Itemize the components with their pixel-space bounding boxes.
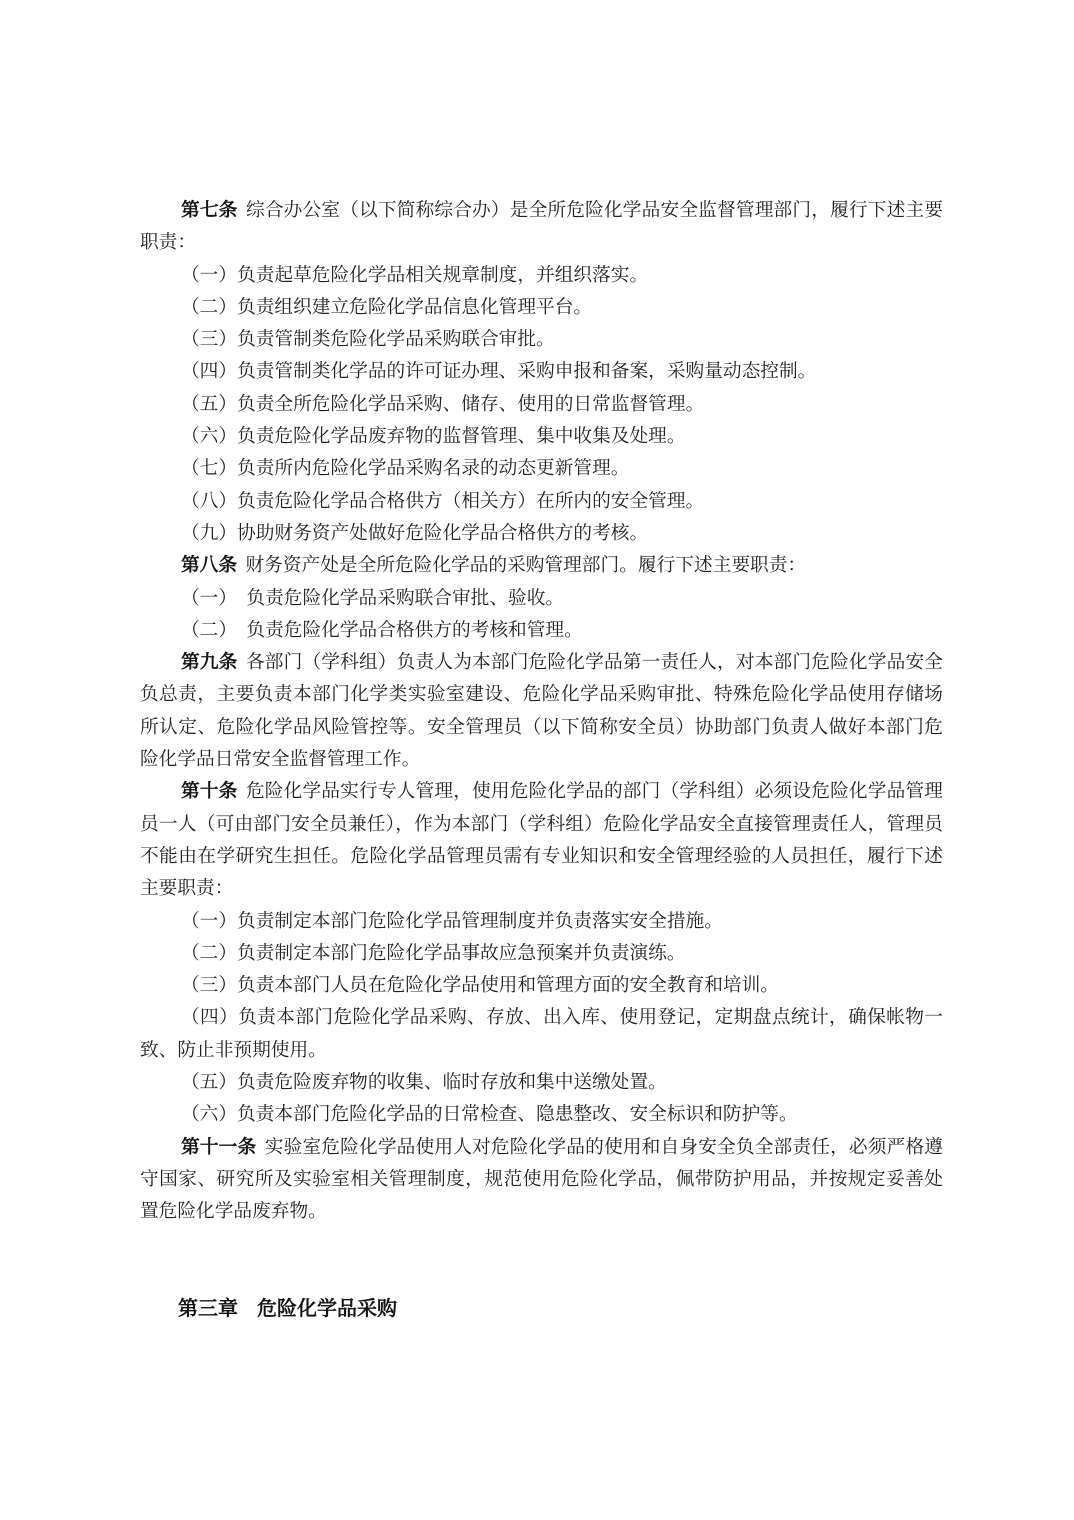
article-number: 第七条 [181, 200, 238, 221]
chapter-title: 危险化学品采购 [257, 1298, 397, 1320]
paragraph-text: 实验室危险化学品使用人对危险化学品的使用和自身安全负全部责任，必须严格遵守国家、… [140, 1137, 943, 1223]
list-item-paragraph: （五）负责全所危险化学品采购、储存、使用的日常监督管理。 [140, 389, 943, 421]
article-paragraph: 第九条各部门（学科组）负责人为本部门危险化学品第一责任人，对本部门危险化学品安全… [140, 647, 943, 776]
paragraph-text: （四）负责管制类化学品的许可证办理、采购申报和备案，采购量动态控制。 [181, 361, 816, 382]
paragraph-text: （五）负责危险废弃物的收集、临时存放和集中送缴处置。 [181, 1072, 667, 1093]
list-item-paragraph: （八）负责危险化学品合格供方（相关方）在所内的安全管理。 [140, 486, 943, 518]
chapter-number: 第三章 [178, 1298, 238, 1320]
paragraph-text: 各部门（学科组）负责人为本部门危险化学品第一责任人，对本部门危险化学品安全负总责… [140, 652, 943, 770]
document-page: 第七条综合办公室（以下简称综合办）是全所危险化学品安全监督管理部门，履行下述主要… [0, 0, 1074, 1520]
list-item-paragraph: （七）负责所内危险化学品采购名录的动态更新管理。 [140, 453, 943, 485]
document-body: 第七条综合办公室（以下简称综合办）是全所危险化学品安全监督管理部门，履行下述主要… [140, 195, 943, 1229]
article-paragraph: 第七条综合办公室（以下简称综合办）是全所危险化学品安全监督管理部门，履行下述主要… [140, 195, 943, 260]
list-item-paragraph: （一） 负责危险化学品采购联合审批、验收。 [140, 583, 943, 615]
list-item-paragraph: （九）协助财务资产处做好危险化学品合格供方的考核。 [140, 518, 943, 550]
paragraph-text: （一）负责制定本部门危险化学品管理制度并负责落实安全措施。 [181, 911, 723, 932]
paragraph-text: 综合办公室（以下简称综合办）是全所危险化学品安全监督管理部门，履行下述主要职责： [140, 200, 943, 253]
article-paragraph: 第十条危险化学品实行专人管理，使用危险化学品的部门（学科组）必须设危险化学品管理… [140, 776, 943, 905]
paragraph-text: （五）负责全所危险化学品采购、储存、使用的日常监督管理。 [181, 394, 704, 415]
article-number: 第八条 [181, 555, 237, 576]
chapter-heading: 第三章危险化学品采购 [140, 1293, 943, 1325]
article-paragraph: 第八条财务资产处是全所危险化学品的采购管理部门。履行下述主要职责： [140, 550, 943, 582]
paragraph-text: （三）负责管制类危险化学品采购联合审批。 [181, 329, 555, 350]
list-item-paragraph: （五）负责危险废弃物的收集、临时存放和集中送缴处置。 [140, 1067, 943, 1099]
list-item-paragraph: （三）负责本部门人员在危险化学品使用和管理方面的安全教育和培训。 [140, 970, 943, 1002]
paragraph-text: （一） 负责危险化学品采购联合审批、验收。 [181, 588, 564, 609]
paragraph-text: （二）负责组织建立危险化学品信息化管理平台。 [181, 297, 592, 318]
paragraph-text: （八）负责危险化学品合格供方（相关方）在所内的安全管理。 [181, 491, 704, 512]
list-item-paragraph: （四）负责管制类化学品的许可证办理、采购申报和备案，采购量动态控制。 [140, 356, 943, 388]
article-number: 第十条 [181, 781, 238, 802]
paragraph-text: （六）负责危险化学品废弃物的监督管理、集中收集及处理。 [181, 426, 686, 447]
paragraph-text: 危险化学品实行专人管理，使用危险化学品的部门（学科组）必须设危险化学品管理员一人… [140, 781, 943, 899]
list-item-paragraph: （一）负责制定本部门危险化学品管理制度并负责落实安全措施。 [140, 906, 943, 938]
article-number: 第九条 [181, 652, 238, 673]
list-item-paragraph: （一）负责起草危险化学品相关规章制度，并组织落实。 [140, 260, 943, 292]
list-item-paragraph: （二）负责制定本部门危险化学品事故应急预案并负责演练。 [140, 938, 943, 970]
paragraph-text: （六）负责本部门危险化学品的日常检查、隐患整改、安全标识和防护等。 [181, 1104, 798, 1125]
paragraph-text: （二） 负责危险化学品合格供方的考核和管理。 [181, 620, 583, 641]
article-number: 第十一条 [181, 1137, 256, 1158]
paragraph-text: （四）负责本部门危险化学品采购、存放、出入库、使用登记，定期盘点统计，确保帐物一… [140, 1007, 943, 1060]
list-item-paragraph: （四）负责本部门危险化学品采购、存放、出入库、使用登记，定期盘点统计，确保帐物一… [140, 1002, 943, 1067]
paragraph-text: （九）协助财务资产处做好危险化学品合格供方的考核。 [181, 523, 648, 544]
paragraph-text: （三）负责本部门人员在危险化学品使用和管理方面的安全教育和培训。 [181, 975, 779, 996]
paragraph-text: （一）负责起草危险化学品相关规章制度，并组织落实。 [181, 265, 648, 286]
document-canvas: { "document": { "background": "#ffffff",… [0, 0, 1074, 1520]
list-item-paragraph: （二） 负责危险化学品合格供方的考核和管理。 [140, 615, 943, 647]
paragraph-text: （二）负责制定本部门危险化学品事故应急预案并负责演练。 [181, 943, 686, 964]
paragraph-text: （七）负责所内危险化学品采购名录的动态更新管理。 [181, 458, 630, 479]
list-item-paragraph: （三）负责管制类危险化学品采购联合审批。 [140, 324, 943, 356]
list-item-paragraph: （六）负责危险化学品废弃物的监督管理、集中收集及处理。 [140, 421, 943, 453]
article-paragraph: 第十一条实验室危险化学品使用人对危险化学品的使用和自身安全负全部责任，必须严格遵… [140, 1132, 943, 1229]
paragraph-text: 财务资产处是全所危险化学品的采购管理部门。履行下述主要职责： [245, 555, 806, 576]
list-item-paragraph: （二）负责组织建立危险化学品信息化管理平台。 [140, 292, 943, 324]
list-item-paragraph: （六）负责本部门危险化学品的日常检查、隐患整改、安全标识和防护等。 [140, 1099, 943, 1131]
